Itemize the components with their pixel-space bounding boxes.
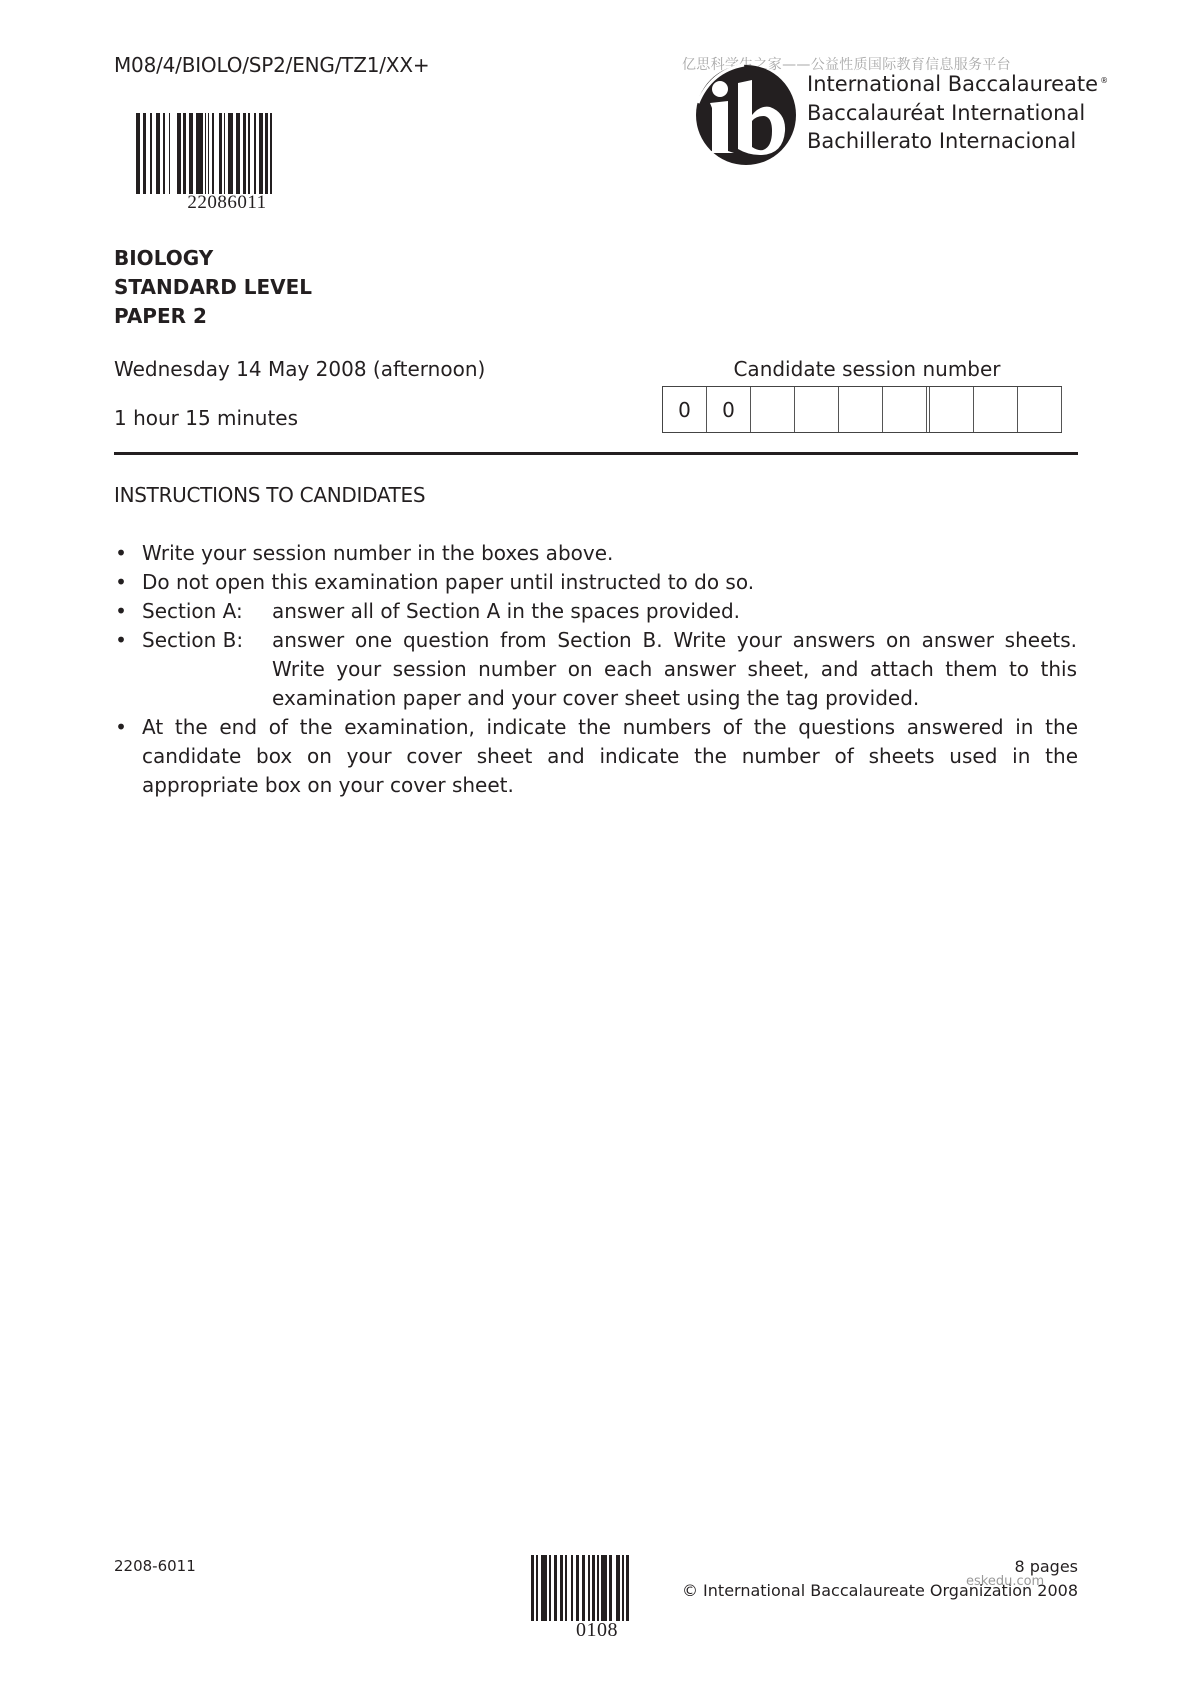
bullet-icon: • [114,568,128,597]
instruction-item: • At the end of the examination, indicat… [114,713,1078,800]
ib-logo-icon [686,63,802,166]
instruction-text: At the end of the examination, indicate … [142,713,1078,800]
organisation-name-en: International Baccalaureate® [807,67,1108,99]
session-digit-box[interactable] [883,387,930,432]
session-digit-box[interactable] [974,387,1018,432]
instructions-list: • Write your session number in the boxes… [114,539,1078,800]
session-digit-box[interactable] [795,387,839,432]
instruction-item: • Write your session number in the boxes… [114,539,1078,568]
session-digit-box[interactable]: 0 [707,387,751,432]
exam-date: Wednesday 14 May 2008 (afternoon) [114,357,485,381]
registered-mark: ® [1100,76,1108,85]
exam-paper: PAPER 2 [114,302,312,331]
footer-paper-code: 2208-6011 [114,1557,196,1575]
instruction-text: Do not open this examination paper until… [142,568,1078,597]
instruction-label: Section A: [142,597,272,626]
header-divider [114,452,1078,455]
session-digit-box[interactable] [839,387,883,432]
session-digit-box[interactable] [1018,387,1062,432]
instruction-item: • Section B:answer one question from Sec… [114,626,1078,713]
bullet-icon: • [114,626,128,655]
session-digit-box[interactable] [930,387,974,432]
instruction-item: • Do not open this examination paper unt… [114,568,1078,597]
candidate-session-label: Candidate session number [659,357,1075,381]
candidate-session-boxes[interactable]: 0 0 [662,386,1062,433]
instruction-item: • Section A:answer all of Section A in t… [114,597,1078,626]
instructions-title: INSTRUCTIONS TO CANDIDATES [114,483,425,507]
paper-code: M08/4/BIOLO/SP2/ENG/TZ1/XX+ [114,53,429,77]
instruction-label: Section B: [142,626,272,655]
barcode-bottom-number: 0108 [531,1619,663,1641]
bullet-icon: • [114,713,128,742]
barcode-bottom [531,1555,629,1621]
exam-subject: BIOLOGY [114,244,312,273]
instruction-text: answer one question from Section B. Writ… [272,626,1077,713]
exam-level: STANDARD LEVEL [114,273,312,302]
exam-duration: 1 hour 15 minutes [114,406,298,430]
instruction-text: Write your session number in the boxes a… [142,539,1078,568]
organisation-name-es: Bachillerato Internacional [807,127,1108,156]
instruction-text: answer all of Section A in the spaces pr… [272,597,1077,626]
barcode-top [136,113,272,194]
organisation-name-fr: Baccalauréat International [807,99,1108,128]
exam-title: BIOLOGY STANDARD LEVEL PAPER 2 [114,244,312,331]
bullet-icon: • [114,597,128,626]
session-digit-box[interactable] [751,387,795,432]
session-digit-box[interactable]: 0 [663,387,707,432]
barcode-top-number: 22086011 [136,193,318,213]
organisation-names: International Baccalaureate® Baccalauréa… [807,67,1108,156]
bullet-icon: • [114,539,128,568]
footer-watermark: eskedu.com [966,1574,1044,1589]
